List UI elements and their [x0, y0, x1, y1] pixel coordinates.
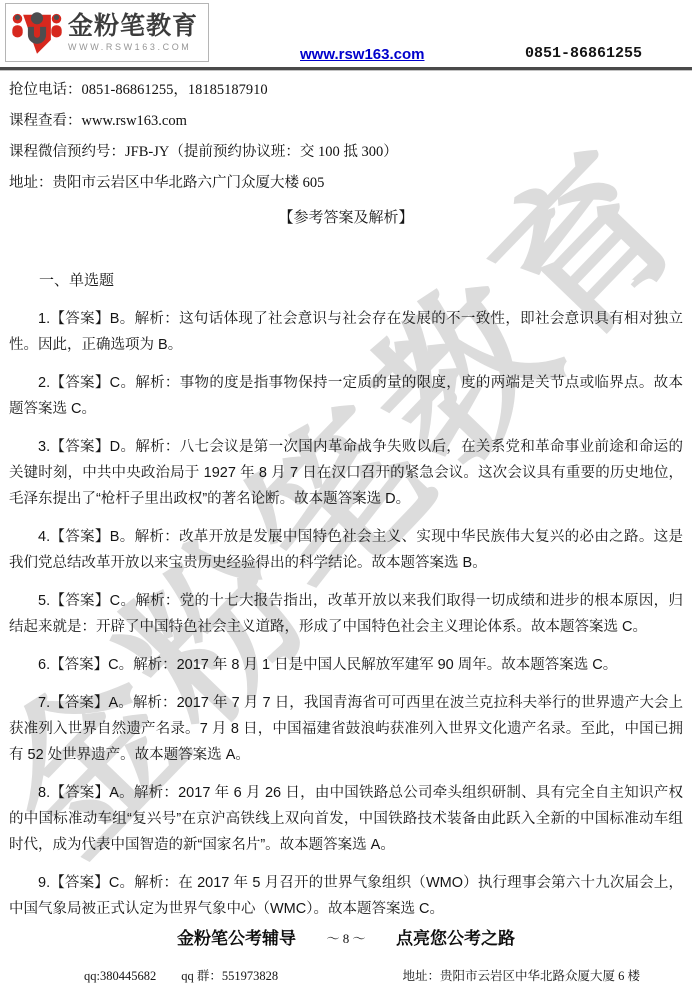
contact-wechat-booking: 课程微信预约号：JFB-JY（提前预约协议班：交 100 抵 300）: [9, 144, 683, 160]
header-site-link[interactable]: www.rsw163.com: [300, 46, 425, 63]
footer-contact-line: qq:380445682 qq 群：551973828 地址：贵阳市云岩区中华北…: [84, 966, 640, 984]
header-phone-number: 0851-86861255: [525, 45, 642, 62]
answer-item-4: 4.【答案】B。解析：改革开放是发展中国特色社会主义、实现中华民族伟大复兴的必由…: [9, 524, 683, 576]
answer-item-2: 2.【答案】C。解析：事物的度是指事物保持一定质的量的限度，度的两端是关节点或临…: [9, 370, 683, 422]
brand-text: 金粉笔教育 WWW.RSW163.COM: [68, 13, 198, 52]
answer-item-5: 5.【答案】C。解析：党的十七大报告指出，改革开放以来我们取得一切成绩和进步的根…: [9, 588, 683, 640]
footer-qq-info: qq:380445682 qq 群：551973828: [84, 966, 278, 984]
document-title: 【参考答案及解析】: [0, 206, 692, 227]
answers-list: 1.【答案】B。解析：这句话体现了社会意识与社会存在发展的不一致性，即社会意识具…: [0, 306, 692, 922]
contact-address: 地址：贵阳市云岩区中华北路六广门众厦大楼 605: [9, 175, 683, 191]
answer-item-8: 8.【答案】A。解析：2017 年 6 月 26 日，由中国铁路总公司牵头组织研…: [9, 780, 683, 858]
section-heading: 一、单选题: [0, 269, 692, 290]
answer-item-1: 1.【答案】B。解析：这句话体现了社会意识与社会存在发展的不一致性，即社会意识具…: [9, 306, 683, 358]
contact-course-view: 课程查看：www.rsw163.com: [9, 113, 683, 129]
page-header: 金粉笔教育 WWW.RSW163.COM www.rsw163.com 0851…: [0, 0, 692, 71]
answer-item-3: 3.【答案】D。解析：八七会议是第一次国内革命战争失败以后，在关系党和革命事业前…: [9, 434, 683, 512]
brand-name: 金粉笔教育: [68, 13, 198, 39]
footer-address: 地址：贵阳市云岩区中华北路众厦大厦 6 楼: [402, 966, 640, 984]
footer-brand-right: 点亮您公考之路: [396, 929, 515, 948]
footer-brand-left: 金粉笔公考辅导: [177, 929, 296, 948]
contact-block: 抢位电话：0851-86861255，18185187910 课程查看：www.…: [0, 71, 692, 191]
brand-url: WWW.RSW163.COM: [68, 42, 198, 52]
footer-slogan-line: 金粉笔公考辅导 ～ 8 ～ 点亮您公考之路: [0, 924, 692, 949]
answer-item-7: 7.【答案】A。解析：2017 年 7 月 7 日，我国青海省可可西里在波兰克拉…: [9, 690, 683, 768]
answer-item-6: 6.【答案】C。解析：2017 年 8 月 1 日是中国人民解放军建军 90 周…: [9, 652, 683, 678]
header-divider: [0, 67, 692, 71]
document-page: 金粉笔教育: [0, 0, 692, 1002]
contact-hotline: 抢位电话：0851-86861255，18185187910: [9, 82, 683, 98]
answer-item-9: 9.【答案】C。解析：在 2017 年 5 月召开的世界气象组织（WMO）执行理…: [9, 870, 683, 922]
footer-page-number: ～ 8 ～: [326, 931, 365, 946]
brand-logo: 金粉笔教育 WWW.RSW163.COM: [5, 3, 209, 62]
brand-logo-icon: [11, 8, 63, 58]
